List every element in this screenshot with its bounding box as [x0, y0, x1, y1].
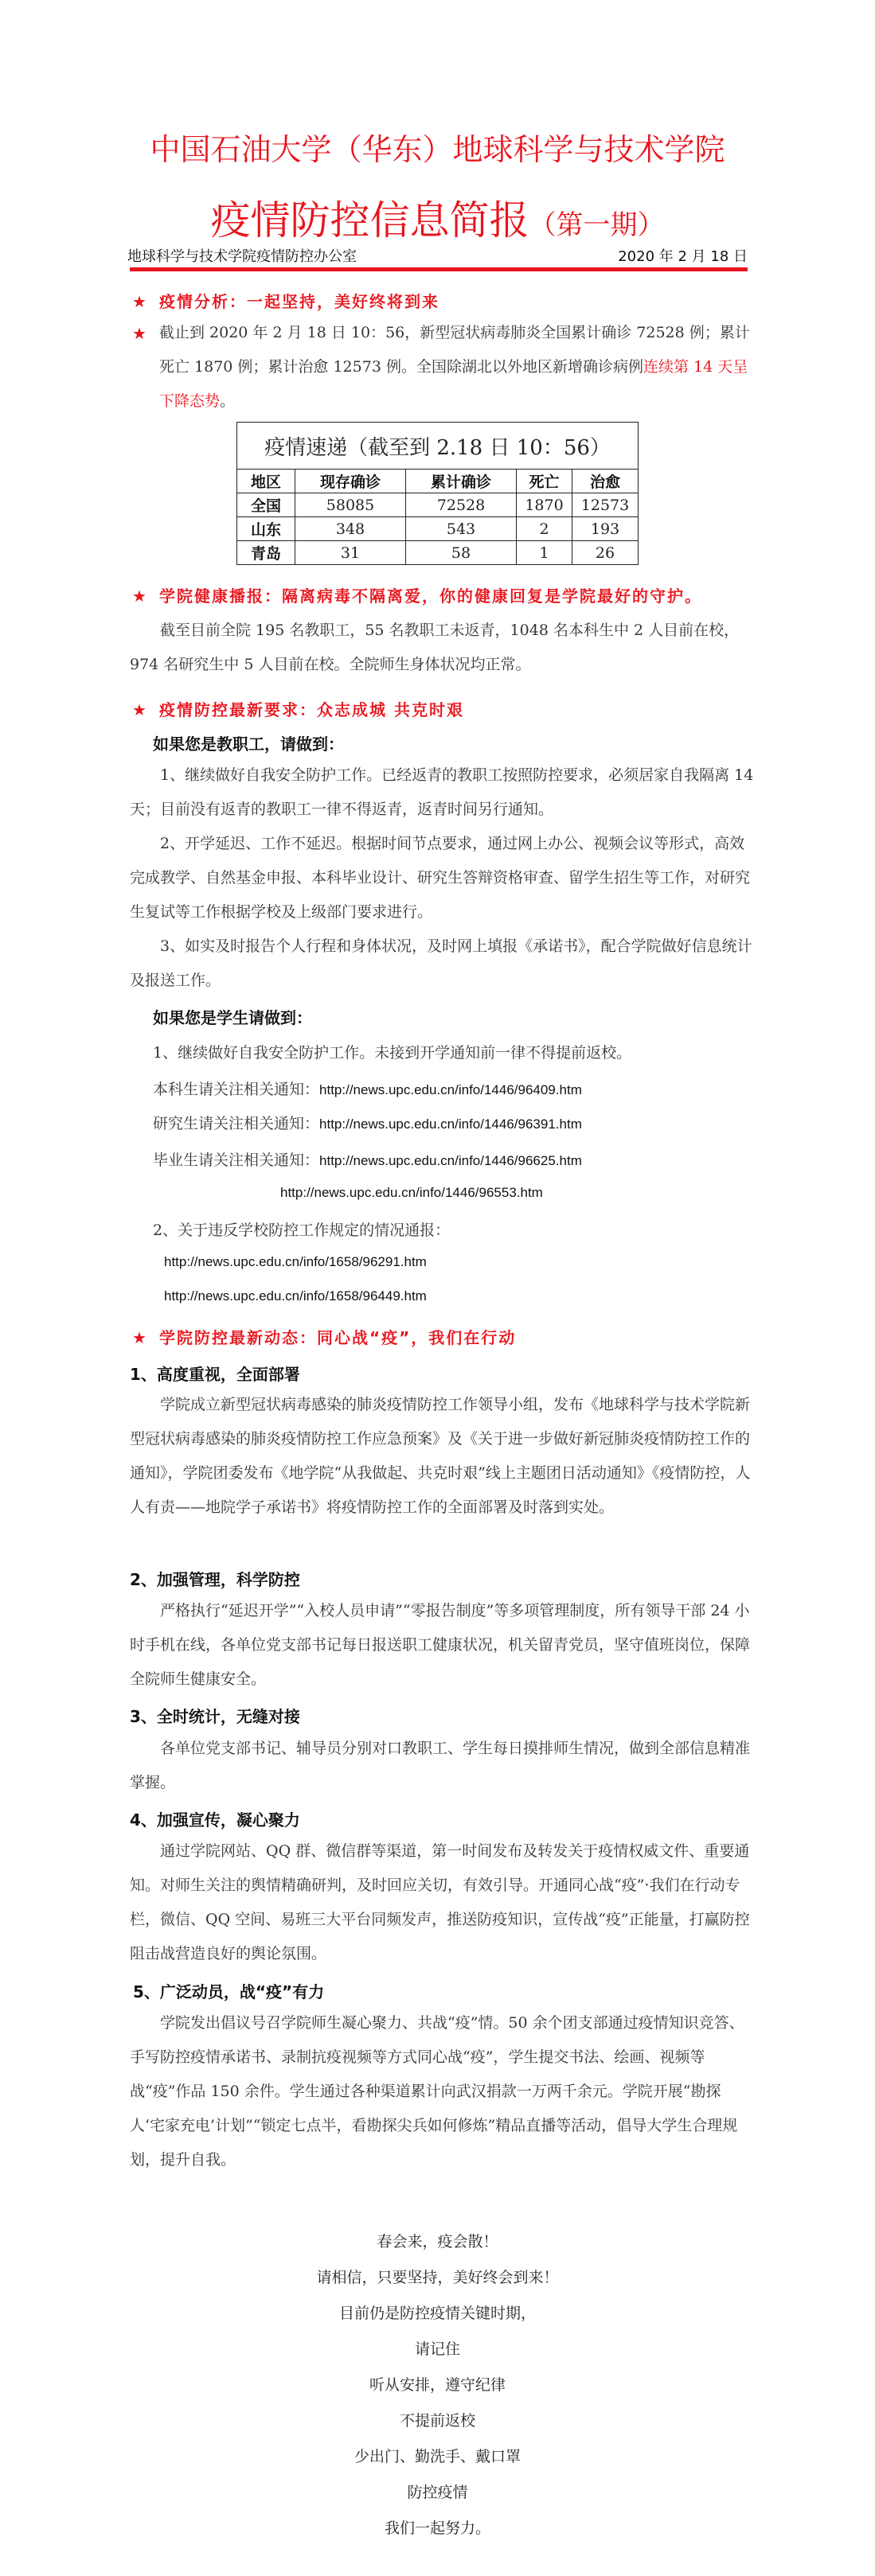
section-heading-text: 疫情分析：一起坚持，美好终将到来: [159, 292, 439, 311]
bulletin-title: 疫情防控信息简报（第一期）: [0, 189, 875, 246]
notice-label: 本科生请关注相关通知：: [153, 1081, 319, 1098]
epidemic-analysis-paragraph: 截止到 2020 年 2 月 18 日 10：56，新型冠状病毒肺炎全国累计确诊…: [159, 316, 755, 419]
table-cell: 1870: [517, 493, 572, 517]
action-body-1: 学院成立新型冠状病毒感染的肺炎疫情防控工作领导小组，发布《地球科学与技术学院新型…: [130, 1388, 756, 1525]
table-cell: 全国: [237, 493, 295, 517]
closing-line: 防控疫情: [0, 2475, 875, 2511]
table-row: 山东 348 543 2 193: [237, 517, 639, 541]
violation-link[interactable]: http://news.upc.edu.cn/info/1658/96449.h…: [164, 1288, 427, 1304]
closing-line: 请相信，只要坚持，美好终会到来！: [0, 2260, 875, 2296]
table-cell: 58: [406, 541, 517, 565]
notice-graduating: 毕业生请关注相关通知：http://news.upc.edu.cn/info/1…: [153, 1148, 582, 1170]
bulletin-page: 中国石油大学（华东）地球科学与技术学院 疫情防控信息简报（第一期） 地球科学与技…: [0, 0, 875, 2576]
section-heading-epidemic-analysis: ★疫情分析：一起坚持，美好终将到来: [132, 289, 439, 312]
column-header: 地区: [237, 470, 295, 493]
college-name: 中国石油大学（华东）地球科学与技术学院: [0, 125, 875, 169]
closing-line: 春会来，疫会散！: [0, 2224, 875, 2260]
health-report-paragraph: 截至目前全院 195 名教职工，55 名教职工未返青，1048 名本科生中 2 …: [130, 614, 756, 682]
closing-line: 听从安排，遵守纪律: [0, 2368, 875, 2403]
action-body-5: 学院发出倡议号召学院师生凝心聚力、共战“疫”情。50 余个团支部通过疫情知识竞答…: [130, 2006, 756, 2177]
issuing-office: 地球科学与技术学院疫情防控办公室: [127, 245, 357, 266]
table-cell: 58085: [295, 493, 406, 517]
notice-graduate: 研究生请关注相关通知：http://news.upc.edu.cn/info/1…: [153, 1112, 582, 1133]
section-heading-text: 学院健康播报：隔离病毒不隔离爱，你的健康回复是学院最好的守护。: [159, 587, 702, 606]
violation-link[interactable]: http://news.upc.edu.cn/info/1658/96291.h…: [164, 1254, 427, 1270]
section-heading-health-report: ★学院健康播报：隔离病毒不隔离爱，你的健康回复是学院最好的守护。: [132, 583, 702, 606]
notice-label: 毕业生请关注相关通知：: [153, 1152, 319, 1169]
notice-undergrad: 本科生请关注相关通知：http://news.upc.edu.cn/info/1…: [153, 1078, 582, 1099]
action-title-3: 3、全时统计，无缝对接: [130, 1704, 300, 1727]
student-item-2: 2、关于违反学校防控工作规定的情况通报：: [153, 1218, 450, 1240]
student-item-1: 1、继续做好自我安全防护工作。未接到开学通知前一律不得提前返校。: [153, 1041, 631, 1062]
staff-heading: 如果您是教职工，请做到：: [153, 731, 344, 754]
table-cell: 26: [572, 541, 639, 565]
analysis-text-end: 。: [220, 392, 235, 410]
action-body-2: 严格执行“延迟开学”“入校人员申请”“零报告制度”等多项管理制度，所有领导干部 …: [130, 1594, 756, 1697]
table-cell: 543: [406, 517, 517, 541]
star-icon: ★: [132, 587, 159, 606]
table-cell: 1: [517, 541, 572, 565]
notice-link[interactable]: http://news.upc.edu.cn/info/1446/96553.h…: [280, 1185, 543, 1201]
table-cell: 2: [517, 517, 572, 541]
action-body-3: 各单位党支部书记、辅导员分别对口教职工、学生每日摸排师生情况，做到全部信息精准掌…: [130, 1732, 756, 1800]
stats-table-container: 疫情速递（截至到 2.18 日 10：56） 地区 现存确诊 累计确诊 死亡 治…: [236, 422, 639, 565]
table-cell: 山东: [237, 517, 295, 541]
action-title-5: 5、广泛动员，战“疫”有力: [133, 1979, 324, 2002]
table-cell: 193: [572, 517, 639, 541]
action-title-2: 2、加强管理，科学防控: [130, 1567, 300, 1590]
issue-number: （第一期）: [529, 209, 665, 241]
column-header: 现存确诊: [295, 470, 406, 493]
table-cell: 348: [295, 517, 406, 541]
notice-link[interactable]: http://news.upc.edu.cn/info/1446/96409.h…: [319, 1082, 582, 1097]
header-divider: [130, 267, 748, 271]
closing-line: 目前仍是防控疫情关键时期，: [0, 2296, 875, 2332]
column-header: 治愈: [572, 470, 639, 493]
notice-label: 研究生请关注相关通知：: [153, 1115, 319, 1132]
closing-line: 少出门、勤洗手、戴口罩: [0, 2439, 875, 2475]
closing-message: 春会来，疫会散！ 请相信，只要坚持，美好终会到来！ 目前仍是防控疫情关键时期， …: [0, 2224, 875, 2547]
stats-table-title: 疫情速递（截至到 2.18 日 10：56）: [237, 423, 639, 470]
section-heading-latest-actions: ★学院防控最新动态：同心战“疫”，我们在行动: [132, 1325, 516, 1348]
section-heading-text: 疫情防控最新要求：众志成城 共克时艰: [159, 700, 464, 719]
stats-table: 疫情速递（截至到 2.18 日 10：56） 地区 现存确诊 累计确诊 死亡 治…: [236, 422, 639, 565]
table-cell: 12573: [572, 493, 639, 517]
notice-link[interactable]: http://news.upc.edu.cn/info/1446/96391.h…: [319, 1117, 582, 1132]
column-header: 死亡: [517, 470, 572, 493]
closing-line: 我们一起努力。: [0, 2511, 875, 2547]
table-cell: 31: [295, 541, 406, 565]
student-heading: 如果您是学生请做到：: [153, 1005, 312, 1028]
section-heading-requirements: ★疫情防控最新要求：众志成城 共克时艰: [132, 697, 464, 720]
staff-item-3: 3、如实及时报告个人行程和身体状况，及时网上填报《承诺书》，配合学院做好信息统计…: [130, 929, 756, 998]
action-title-4: 4、加强宣传，凝心聚力: [130, 1807, 300, 1830]
table-row: 青岛 31 58 1 26: [237, 541, 639, 565]
section-heading-text: 学院防控最新动态：同心战“疫”，我们在行动: [159, 1328, 516, 1347]
star-icon: ★: [132, 292, 159, 311]
stats-table-header: 地区 现存确诊 累计确诊 死亡 治愈: [237, 470, 639, 493]
table-row: 全国 58085 72528 1870 12573: [237, 493, 639, 517]
bulletin-title-text: 疫情防控信息简报: [211, 197, 529, 244]
issue-date: 2020 年 2 月 18 日: [618, 245, 748, 266]
action-title-1: 1、高度重视，全面部署: [130, 1362, 300, 1385]
table-cell: 青岛: [237, 541, 295, 565]
closing-line: 请记住: [0, 2332, 875, 2368]
staff-item-2: 2、开学延迟、工作不延迟。根据时间节点要求，通过网上办公、视频会议等形式，高效完…: [130, 827, 756, 929]
closing-line: 不提前返校: [0, 2403, 875, 2439]
table-cell: 72528: [406, 493, 517, 517]
notice-link[interactable]: http://news.upc.edu.cn/info/1446/96625.h…: [319, 1153, 582, 1168]
star-icon: ★: [132, 324, 146, 343]
column-header: 累计确诊: [406, 470, 517, 493]
staff-item-1: 1、继续做好自我安全防护工作。已经返青的教职工按照防控要求，必须居家自我隔离 1…: [130, 758, 756, 827]
action-body-4: 通过学院网站、QQ 群、微信群等渠道，第一时间发布及转发关于疫情权威文件、重要通…: [130, 1834, 756, 1971]
star-icon: ★: [132, 700, 159, 719]
star-icon: ★: [132, 1328, 159, 1347]
